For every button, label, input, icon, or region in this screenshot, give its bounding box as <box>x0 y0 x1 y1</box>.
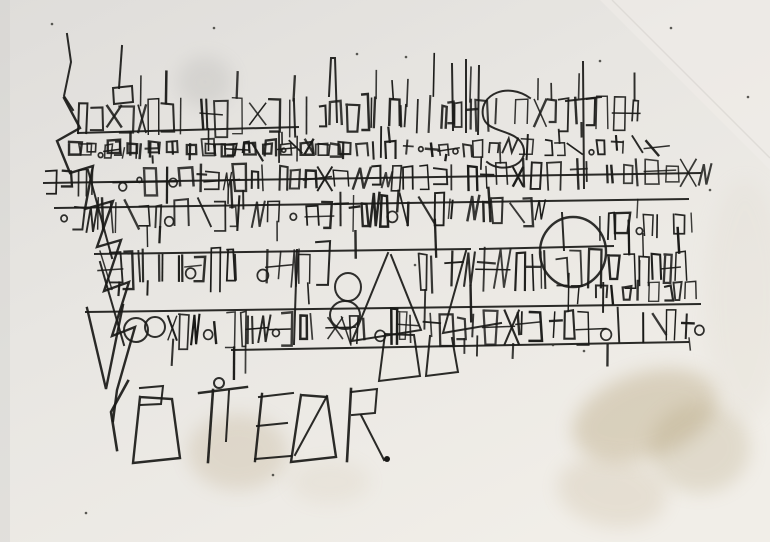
ink-stroke <box>568 274 569 312</box>
ink-stroke <box>350 207 359 208</box>
ink-stroke <box>115 203 116 232</box>
ink-stroke <box>119 282 120 294</box>
artwork-photo <box>0 0 770 542</box>
ink-stroke <box>374 98 375 127</box>
paper-speck <box>405 56 408 59</box>
ink-stroke <box>527 135 528 159</box>
ink-stroke <box>159 227 160 242</box>
ink-stroke <box>353 196 354 231</box>
ink-stroke <box>607 166 608 182</box>
ink-stroke <box>294 99 295 136</box>
paper-speck <box>51 23 54 26</box>
ink-stroke <box>294 76 295 100</box>
ink-stroke <box>172 340 173 365</box>
ink-stroke <box>408 203 409 225</box>
artwork-svg <box>0 0 770 542</box>
paper-speck <box>583 350 586 353</box>
ink-stroke <box>478 262 495 263</box>
ink-stroke <box>102 198 103 229</box>
paper-stain <box>290 460 370 504</box>
paper-speck <box>499 142 502 145</box>
ink-stroke <box>231 181 232 207</box>
ink-stroke <box>269 329 290 330</box>
paper-speck <box>747 96 750 99</box>
ink-stroke <box>571 169 587 170</box>
ink-stroke <box>435 220 436 257</box>
ink-stroke <box>577 159 578 188</box>
ink-stroke <box>616 136 617 150</box>
ink-stroke <box>513 344 514 358</box>
ink-stroke <box>404 146 413 147</box>
ink-stroke <box>267 250 268 282</box>
ink-stroke <box>579 74 580 98</box>
ink-stroke <box>559 130 560 143</box>
ink-stroke <box>643 234 644 257</box>
ink-stroke <box>305 216 333 217</box>
ink-stroke <box>407 80 408 107</box>
ink-stroke <box>637 200 638 218</box>
ink-stroke <box>140 144 141 158</box>
ink-stroke <box>445 262 463 263</box>
paper-speck <box>552 344 555 347</box>
ink-stroke <box>397 191 398 211</box>
ink-stroke <box>433 54 434 96</box>
ink-stroke <box>406 141 407 154</box>
ink-stroke <box>158 144 159 153</box>
ink-stroke <box>495 99 496 123</box>
ink-stroke <box>237 72 238 97</box>
paper-speck <box>85 512 88 515</box>
ink-stroke <box>445 155 446 160</box>
paper-edge-shade <box>0 0 10 542</box>
ink-stroke <box>691 213 692 232</box>
ink-stroke <box>400 106 401 126</box>
ink-stroke <box>472 315 473 337</box>
paper-speck <box>599 60 602 63</box>
ink-stroke <box>426 149 439 150</box>
ink-stroke <box>471 286 472 321</box>
ink-stroke <box>470 67 471 102</box>
ink-stroke <box>500 145 501 163</box>
ink-stroke <box>678 228 679 252</box>
ink-stroke <box>431 257 432 293</box>
paper-speck <box>709 189 712 192</box>
paper-stain <box>650 403 750 493</box>
ink-stroke <box>541 252 542 288</box>
ink-stroke <box>639 261 640 281</box>
ink-stroke <box>486 167 487 188</box>
ink-stroke <box>611 166 612 182</box>
ink-stroke <box>417 100 418 133</box>
paper-speck <box>356 53 359 56</box>
ink-stroke <box>363 319 364 339</box>
ink-stroke <box>611 286 613 303</box>
paper-speck <box>272 474 275 477</box>
ink-stroke <box>523 159 524 186</box>
ink-stroke <box>388 128 389 142</box>
paper-speck <box>213 27 216 30</box>
ink-stroke <box>172 142 173 154</box>
ink-stroke <box>98 198 99 229</box>
ink-stroke <box>252 317 253 343</box>
ink-stroke <box>623 141 624 152</box>
ink-stroke <box>373 142 374 158</box>
paper-speck <box>414 264 417 267</box>
ink-stroke <box>612 142 623 143</box>
ink-stroke <box>575 98 576 123</box>
ink-stroke <box>550 320 562 321</box>
ink-stroke <box>451 252 452 286</box>
ink-stroke <box>92 168 93 194</box>
ink-stroke <box>198 174 207 175</box>
ink-stroke <box>544 251 545 288</box>
ink-stroke <box>629 221 630 255</box>
ink-stroke <box>686 315 687 339</box>
paper-speck <box>670 27 673 30</box>
period-dot <box>384 456 390 462</box>
ink-stroke <box>410 316 411 343</box>
ink-stroke <box>235 255 236 280</box>
